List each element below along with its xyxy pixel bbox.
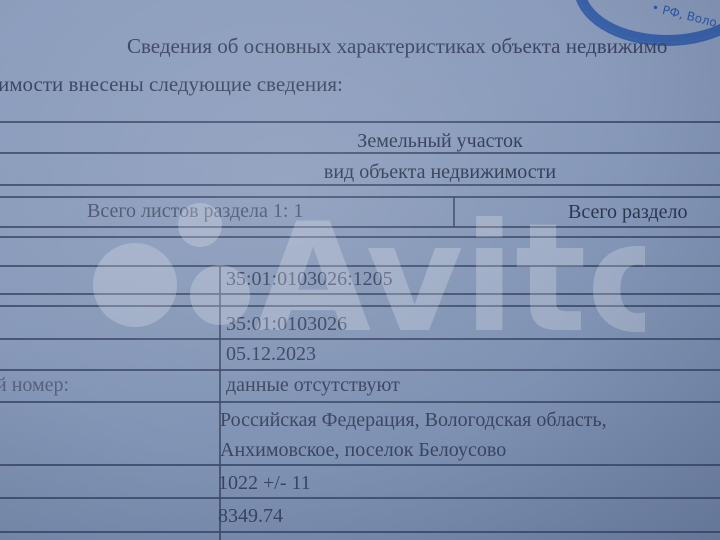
table-border [0, 196, 720, 198]
cadastral-number: 35:01:0103026:1205 [226, 268, 393, 291]
table-border [0, 401, 720, 403]
document-photo: • РФ, Воло Сведения об основных характер… [0, 0, 720, 540]
table-border [0, 497, 720, 499]
sections-total: Всего раздело [568, 201, 688, 224]
object-type-caption: вид объекта недвижимости [0, 161, 720, 184]
table-border [0, 121, 720, 123]
cadastral-quarter: 35:01:0103026 [226, 313, 347, 336]
table-border [0, 338, 720, 340]
address-line-1: Российская Федерация, Вологодская област… [220, 409, 607, 432]
table-border [0, 265, 720, 267]
row-label-number: й номер: [0, 374, 69, 397]
object-type-value: Земельный участок [0, 130, 720, 153]
table-border [0, 293, 720, 295]
table-border [0, 184, 720, 186]
assignment-date: 05.12.2023 [226, 343, 316, 366]
document-heading: Сведения об основных характеристиках объ… [127, 34, 667, 59]
previous-number-value: данные отсутствуют [226, 374, 400, 397]
area-value: 1022 +/- 11 [218, 472, 311, 495]
table-border [0, 236, 720, 238]
cadastral-value: 8349.74 [218, 505, 283, 528]
document-subheading: имости внесены следующие сведения: [0, 72, 343, 97]
table-border [0, 305, 720, 307]
column-divider [453, 197, 455, 227]
table-border [0, 369, 720, 371]
table-border [0, 531, 720, 533]
table-border [0, 464, 720, 466]
table-border [0, 226, 720, 228]
column-divider [219, 266, 221, 540]
section-sheets-count: Всего листов раздела 1: 1 [87, 200, 303, 223]
address-line-2: Анхимовское, поселок Белоусово [220, 439, 506, 462]
